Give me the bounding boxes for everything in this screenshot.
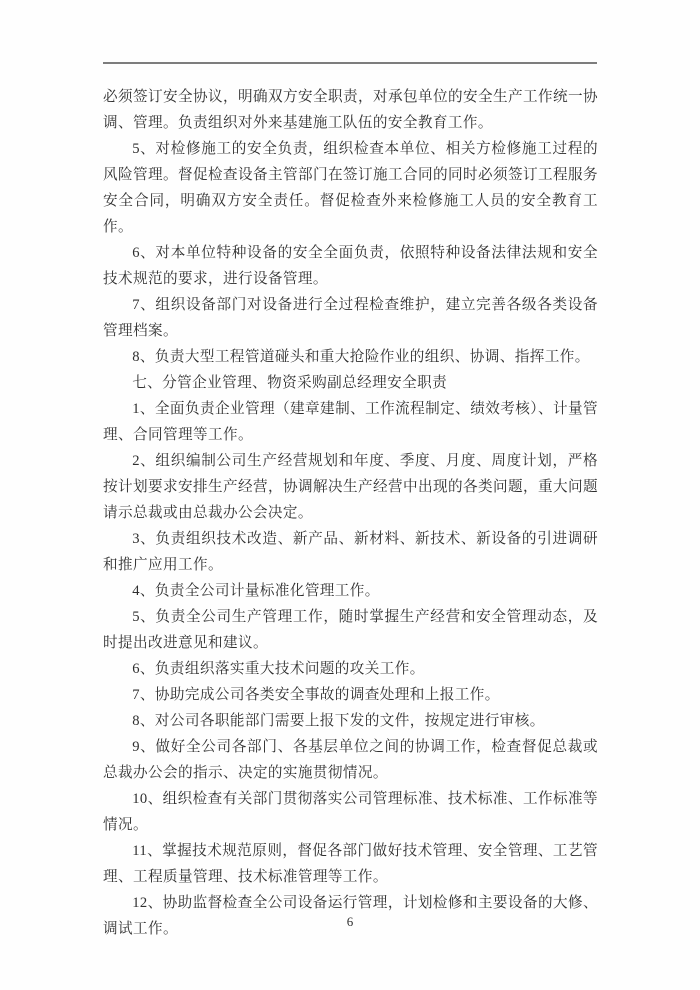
paragraph: 8、负责大型工程管道碰头和重大抢险作业的组织、协调、指挥工作。 — [103, 344, 598, 370]
paragraph: 6、对本单位特种设备的安全全面负责，依照特种设备法律法规和安全技术规范的要求，进… — [103, 240, 598, 292]
paragraph: 11、掌握技术规范原则，督促各部门做好技术管理、安全管理、工艺管理、工程质量管理… — [103, 838, 598, 890]
paragraph: 4、负责全公司计量标准化管理工作。 — [103, 578, 598, 604]
paragraph: 6、负责组织落实重大技术问题的攻关工作。 — [103, 656, 598, 682]
paragraph: 7、组织设备部门对设备进行全过程检查维护，建立完善各级各类设备管理档案。 — [103, 292, 598, 344]
section-heading: 七、分管企业管理、物资采购副总经理安全职责 — [103, 370, 598, 396]
paragraph: 7、协助完成公司各类安全事故的调查处理和上报工作。 — [103, 682, 598, 708]
page-number: 6 — [0, 914, 700, 930]
paragraph: 3、负责组织技术改造、新产品、新材料、新技术、新设备的引进调研和推广应用工作。 — [103, 526, 598, 578]
document-body: 必须签订安全协议，明确双方安全职责，对承包单位的安全生产工作统一协调、管理。负责… — [103, 84, 598, 942]
paragraph: 8、对公司各职能部门需要上报下发的文件，按规定进行审核。 — [103, 708, 598, 734]
paragraph: 5、负责全公司生产管理工作，随时掌握生产经营和安全管理动态，及时提出改进意见和建… — [103, 604, 598, 656]
paragraph: 2、组织编制公司生产经营规划和年度、季度、月度、周度计划，严格按计划要求安排生产… — [103, 448, 598, 526]
paragraph: 1、全面负责企业管理（建章建制、工作流程制定、绩效考核）、计量管理、合同管理等工… — [103, 396, 598, 448]
document-page: 必须签订安全协议，明确双方安全职责，对承包单位的安全生产工作统一协调、管理。负责… — [0, 0, 700, 990]
paragraph: 必须签订安全协议，明确双方安全职责，对承包单位的安全生产工作统一协调、管理。负责… — [103, 84, 598, 136]
paragraph: 10、组织检查有关部门贯彻落实公司管理标准、技术标准、工作标准等情况。 — [103, 786, 598, 838]
paragraph: 5、对检修施工的安全负责，组织检查本单位、相关方检修施工过程的风险管理。督促检查… — [103, 136, 598, 240]
header-rule — [103, 62, 597, 64]
paragraph: 9、做好全公司各部门、各基层单位之间的协调工作，检查督促总裁或总裁办公会的指示、… — [103, 734, 598, 786]
